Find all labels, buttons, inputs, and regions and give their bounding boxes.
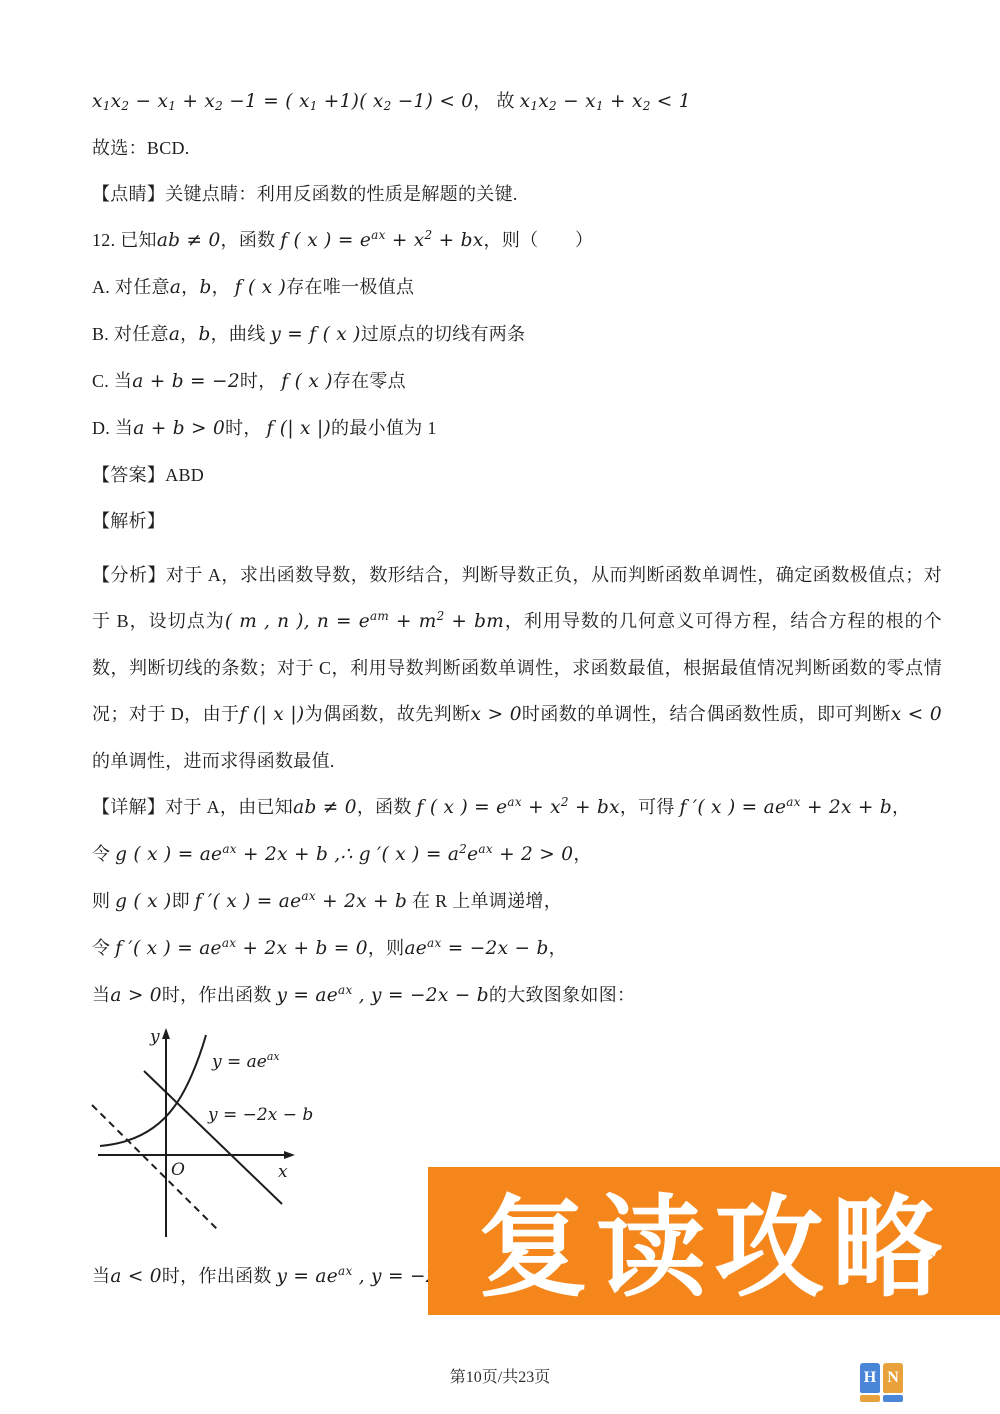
- page-footer: 第10页/共23页: [0, 1364, 1000, 1387]
- detail-line-4: 令 f ′( x ) = aeax + 2x + b = 0，则aeax = −…: [92, 925, 942, 972]
- detail-line-1: 【详解】对于 A，由已知ab ≠ 0，函数 f ( x ) = eax + x2…: [92, 784, 942, 831]
- hn-logo-n-tile: N: [883, 1363, 903, 1393]
- analysis-header: 【解析】: [92, 506, 942, 536]
- option-a: A. 对任意a，b， f ( x )存在唯一极值点: [92, 272, 942, 303]
- watermark-banner-text: 复读攻略: [478, 1160, 950, 1318]
- question-12-stem: 12. 已知ab ≠ 0，函数 f ( x ) = eax + x2 + bx，…: [92, 225, 942, 256]
- document-page: x1x2 − x1 + x2 −1 = ( x1 +1)( x2 −1) < 0…: [0, 0, 1000, 1414]
- key-tip-line: 【点睛】关键点睛：利用反函数的性质是解题的关键.: [92, 179, 942, 209]
- option-c: C. 当a + b = −2时， f ( x )存在零点: [92, 366, 942, 397]
- answer-line: 【答案】ABD: [92, 460, 942, 490]
- watermark-banner: 复读攻略: [428, 1167, 1000, 1315]
- function-graph-figure: y x O y = aeax y = −2x − b: [86, 1025, 406, 1245]
- y-axis-arrow: [162, 1028, 170, 1039]
- answer-choice-line: 故选：BCD.: [92, 133, 942, 163]
- origin-label: O: [171, 1160, 185, 1180]
- hn-logo-left-bar: [860, 1395, 880, 1402]
- sketch-graph-svg: y x O y = aeax y = −2x − b: [86, 1025, 406, 1245]
- analysis-paragraph: 【分析】对于 A，求出函数导数，数形结合，判断导数正负，从而判断函数单调性，确定…: [92, 552, 942, 784]
- detail-line-2: 令 g ( x ) = aeax + 2x + b ,∴ g ′( x ) = …: [92, 831, 942, 878]
- hn-logo-h-letter: H: [864, 1369, 876, 1387]
- x-axis-label: x: [278, 1162, 288, 1182]
- page-number-indicator: 第10页/共23页: [450, 1369, 550, 1386]
- x-axis-arrow: [284, 1151, 295, 1159]
- y-axis-label: y: [149, 1027, 160, 1047]
- hn-logo: H N: [860, 1363, 904, 1409]
- exponential-curve: [100, 1035, 206, 1146]
- solution-content: x1x2 − x1 + x2 −1 = ( x1 +1)( x2 −1) < 0…: [0, 0, 1000, 1300]
- detail-line-3: 则 g ( x )即 f ′( x ) = aeax + 2x + b 在 R …: [92, 878, 942, 925]
- hn-logo-h-tile: H: [860, 1363, 880, 1393]
- solid-line: [144, 1071, 282, 1204]
- curve-label: y = aeax: [211, 1050, 280, 1072]
- line-label: y = −2x − b: [207, 1105, 313, 1125]
- hn-logo-right-bar: [883, 1395, 903, 1402]
- case-a-positive-line: 当a > 0时，作出函数 y = aeax , y = −2x − b的大致图象…: [92, 972, 942, 1019]
- option-b: B. 对任意a，b，曲线 y = f ( x )过原点的切线有两条: [92, 319, 942, 350]
- option-d: D. 当a + b > 0时， f (| x |)的最小值为 1: [92, 413, 942, 444]
- hn-logo-n-letter: N: [887, 1369, 899, 1387]
- inequality-derivation: x1x2 − x1 + x2 −1 = ( x1 +1)( x2 −1) < 0…: [92, 86, 942, 117]
